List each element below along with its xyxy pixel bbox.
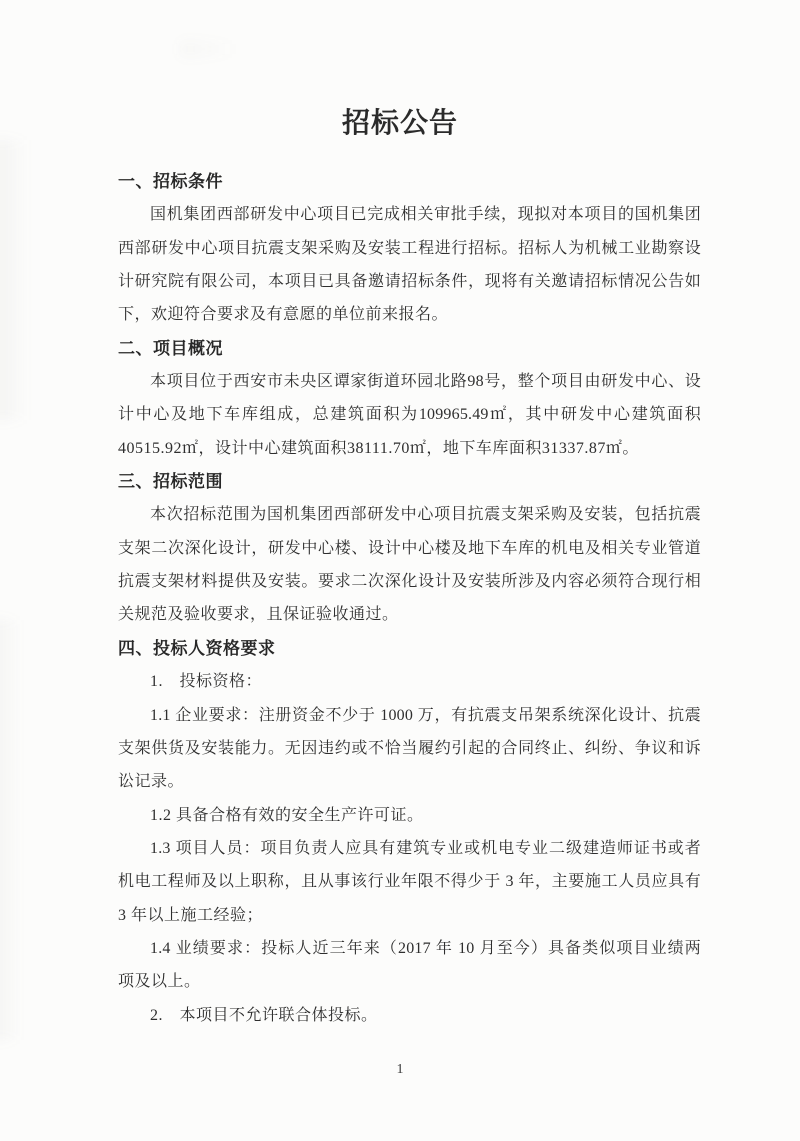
text-line: 1.3 项目人员：项目负责人应具有建筑专业或机电专业二级建造师证书或者 xyxy=(118,832,701,865)
text-line: 国机集团西部研发中心项目已完成相关审批手续，现拟对本项目的国机集团 xyxy=(118,198,701,231)
text-line: 1.4 业绩要求：投标人近三年来（2017 年 10 月至今）具备类似项目业绩两 xyxy=(118,932,701,965)
text-line: 关规范及验收要求，且保证验收通过。 xyxy=(118,598,701,631)
text-line: 3 年以上施工经验； xyxy=(118,899,701,932)
text-line: 抗震支架材料提供及安装。要求二次深化设计及安装所涉及内容必须符合现行相 xyxy=(118,565,701,598)
text-line: 机电工程师及以上职称，且从事该行业年限不得少于 3 年，主要施工人员应具有 xyxy=(118,865,701,898)
text-line: 支架二次深化设计，研发中心楼、设计中心楼及地下车库的机电及相关专业管道 xyxy=(118,532,701,565)
section-heading-tender-scope: 三、招标范围 xyxy=(118,465,701,498)
text-line: 讼记录。 xyxy=(118,765,701,798)
scan-artifact xyxy=(0,140,28,420)
text-line: 西部研发中心项目抗震支架采购及安装工程进行招标。招标人为机械工业勘察设 xyxy=(118,232,701,265)
text-line: 40515.92㎡，设计中心建筑面积38111.70㎡，地下车库面积31337.… xyxy=(118,432,701,465)
scan-artifact xyxy=(0,620,20,1040)
section-heading-tender-conditions: 一、招标条件 xyxy=(118,165,701,198)
text-line: 1.1 企业要求：注册资金不少于 1000 万，有抗震支吊架系统深化设计、抗震 xyxy=(118,699,701,732)
text-line: 本次招标范围为国机集团西部研发中心项目抗震支架采购及安装，包括抗震 xyxy=(118,498,701,531)
text-line: 1.2 具备合格有效的安全生产许可证。 xyxy=(118,799,701,832)
text-line: 1. 投标资格： xyxy=(118,665,701,698)
document-title: 招标公告 xyxy=(0,101,800,141)
scan-artifact xyxy=(180,40,240,58)
text-line: 计研究院有限公司，本项目已具备邀请招标条件，现将有关邀请招标情况公告如 xyxy=(118,265,701,298)
document-body: 一、招标条件 国机集团西部研发中心项目已完成相关审批手续，现拟对本项目的国机集团… xyxy=(118,165,701,1032)
page-number: 1 xyxy=(0,1062,800,1078)
text-line: 计中心及地下车库组成，总建筑面积为109965.49㎡，其中研发中心建筑面积 xyxy=(118,398,701,431)
section-heading-project-overview: 二、项目概况 xyxy=(118,332,701,365)
text-line: 本项目位于西安市未央区谭家街道环园北路98号，整个项目由研发中心、设 xyxy=(118,365,701,398)
section-heading-bidder-qualifications: 四、投标人资格要求 xyxy=(118,632,701,665)
document-page: 招标公告 一、招标条件 国机集团西部研发中心项目已完成相关审批手续，现拟对本项目… xyxy=(0,0,800,1141)
text-line: 下，欢迎符合要求及有意愿的单位前来报名。 xyxy=(118,298,701,331)
text-line: 2. 本项目不允许联合体投标。 xyxy=(118,999,701,1032)
text-line: 支架供货及安装能力。无因违约或不恰当履约引起的合同终止、纠纷、争议和诉 xyxy=(118,732,701,765)
text-line: 项及以上。 xyxy=(118,965,701,998)
